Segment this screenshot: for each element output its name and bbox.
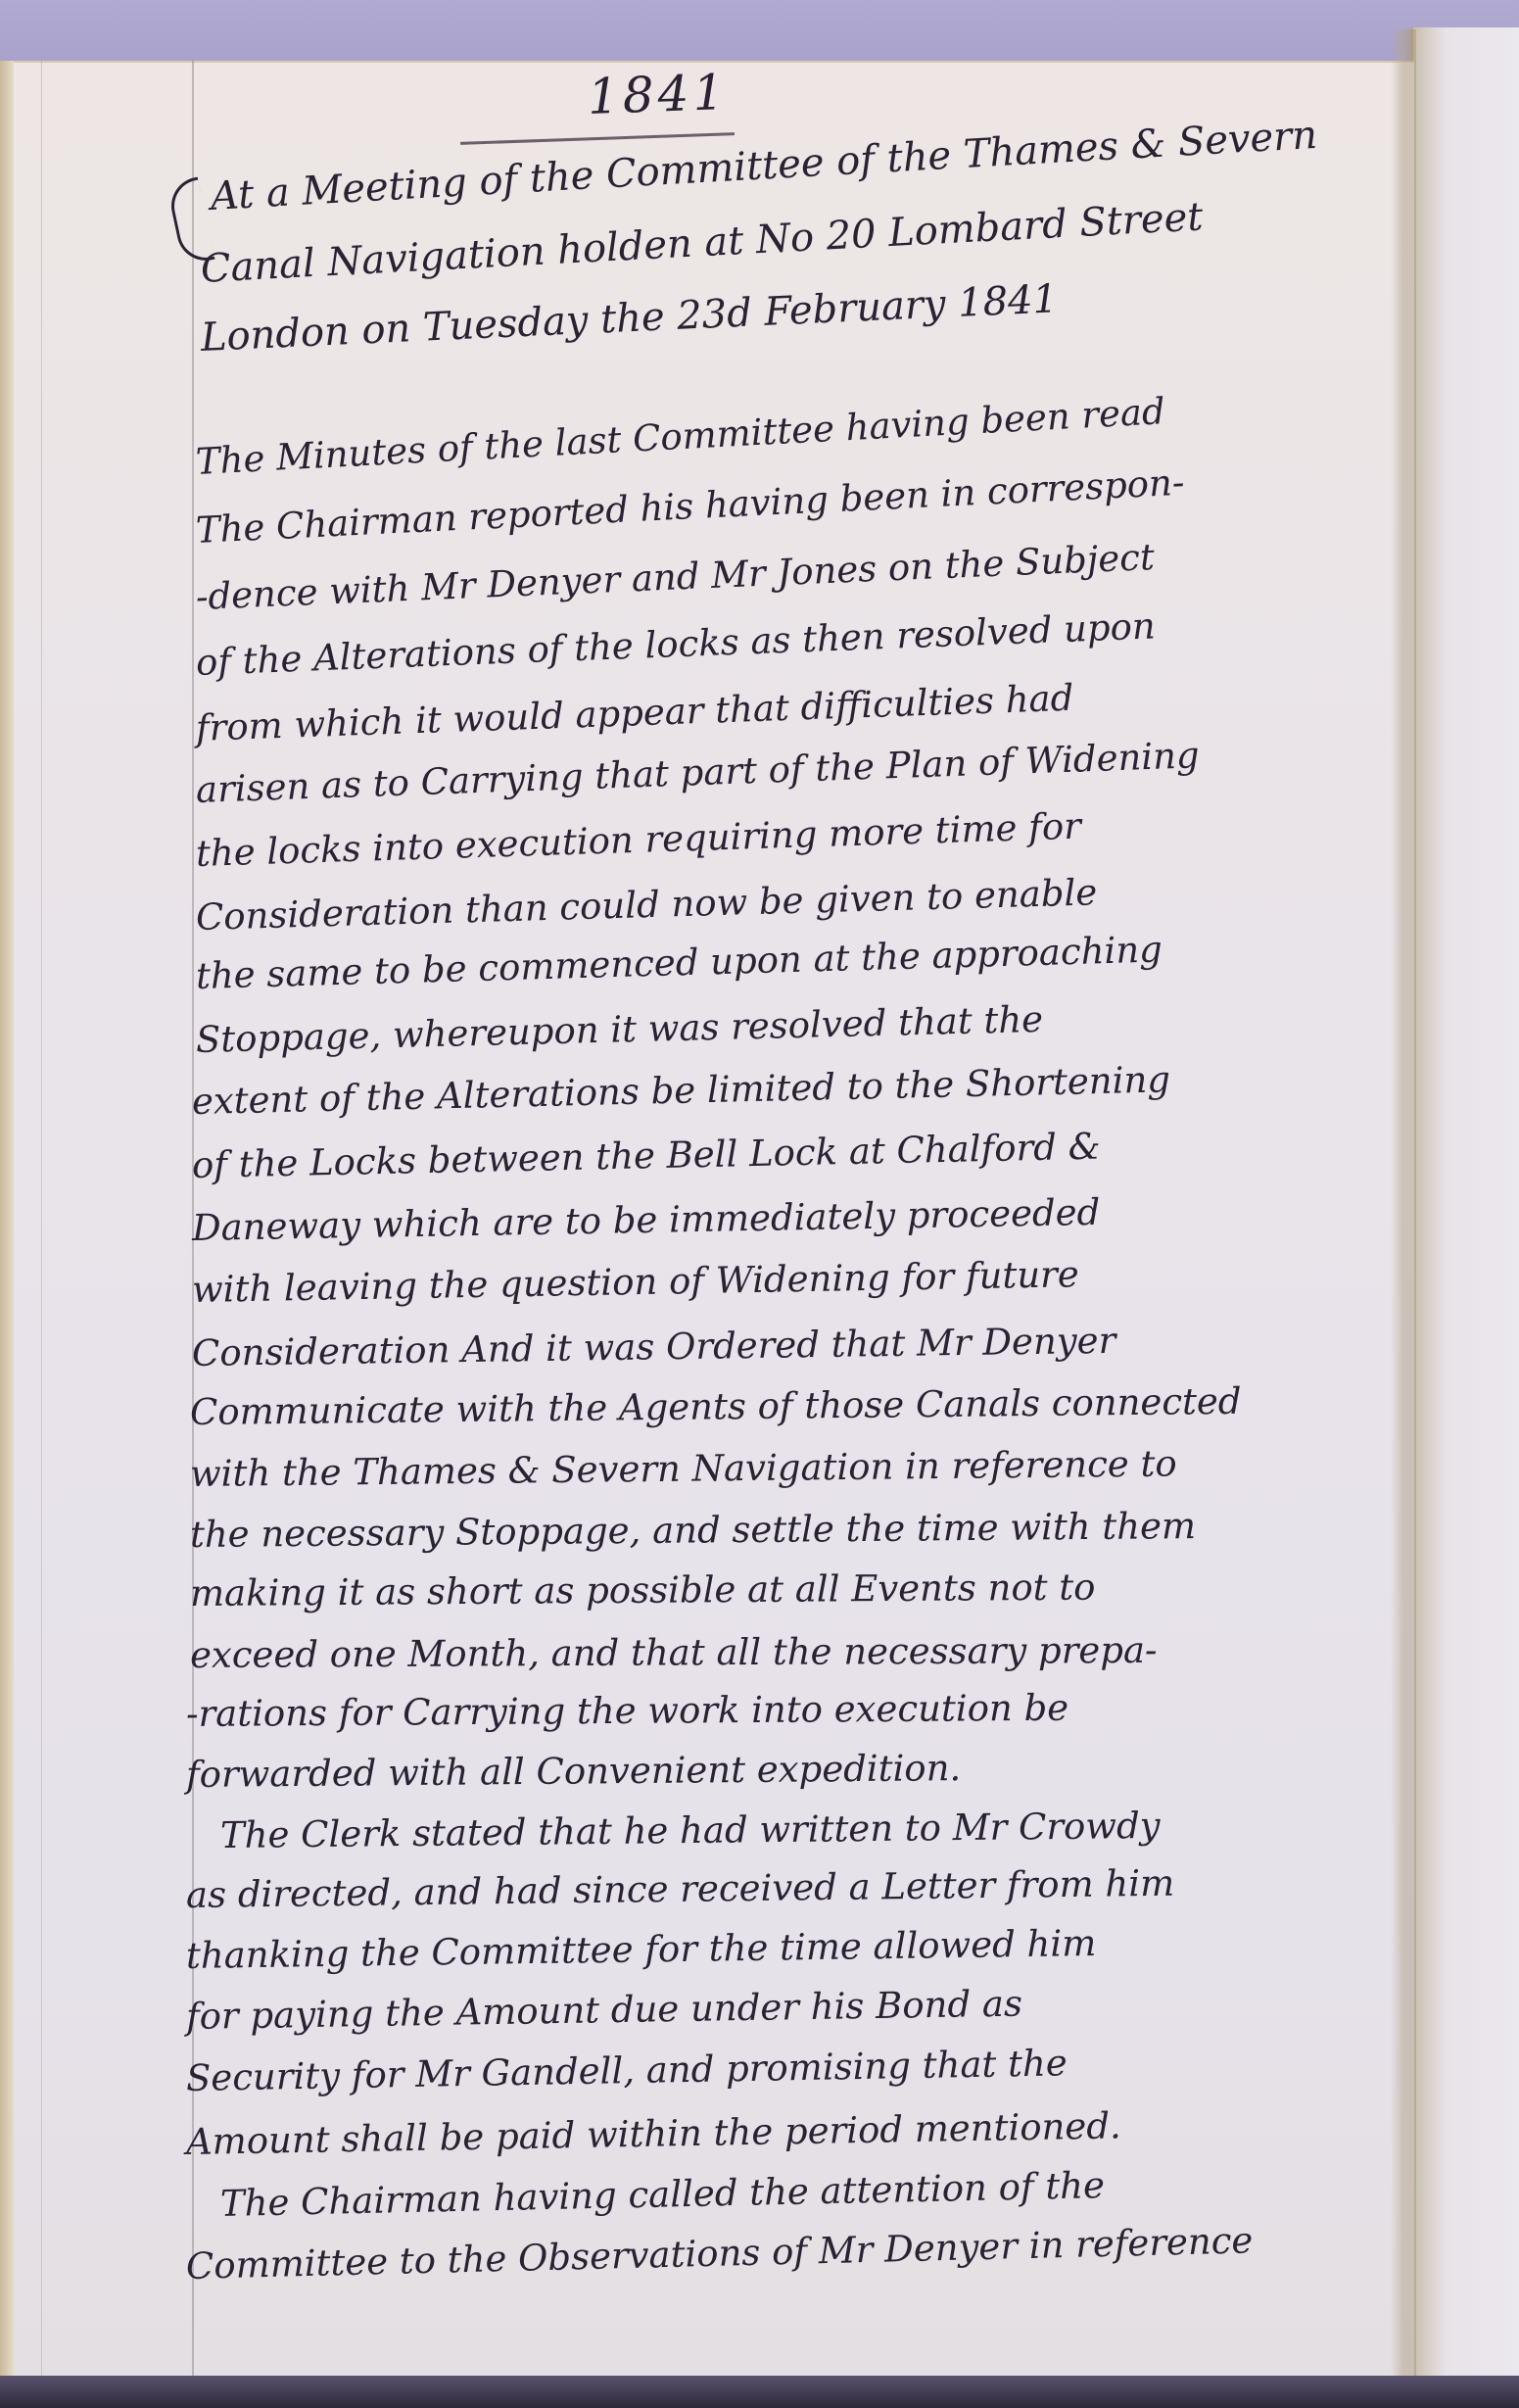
page-edge — [0, 61, 14, 2383]
background-bottom — [0, 2376, 1519, 2408]
minute-line: forwarded with all Convenient expedition… — [186, 1747, 962, 1796]
minute-line: making it as short as possible at all Ev… — [190, 1566, 1096, 1614]
minute-line: the necessary Stoppage, and settle the t… — [190, 1505, 1196, 1556]
book-gutter — [1391, 29, 1416, 2376]
minute-line: exceed one Month, and that all the neces… — [190, 1629, 1158, 1676]
facing-page — [1410, 27, 1519, 2379]
background-top — [0, 0, 1519, 69]
minute-line: -rations for Carrying the work into exec… — [186, 1687, 1068, 1735]
year-heading: 1841 — [587, 64, 729, 125]
inner-margin-rule — [41, 61, 42, 2383]
